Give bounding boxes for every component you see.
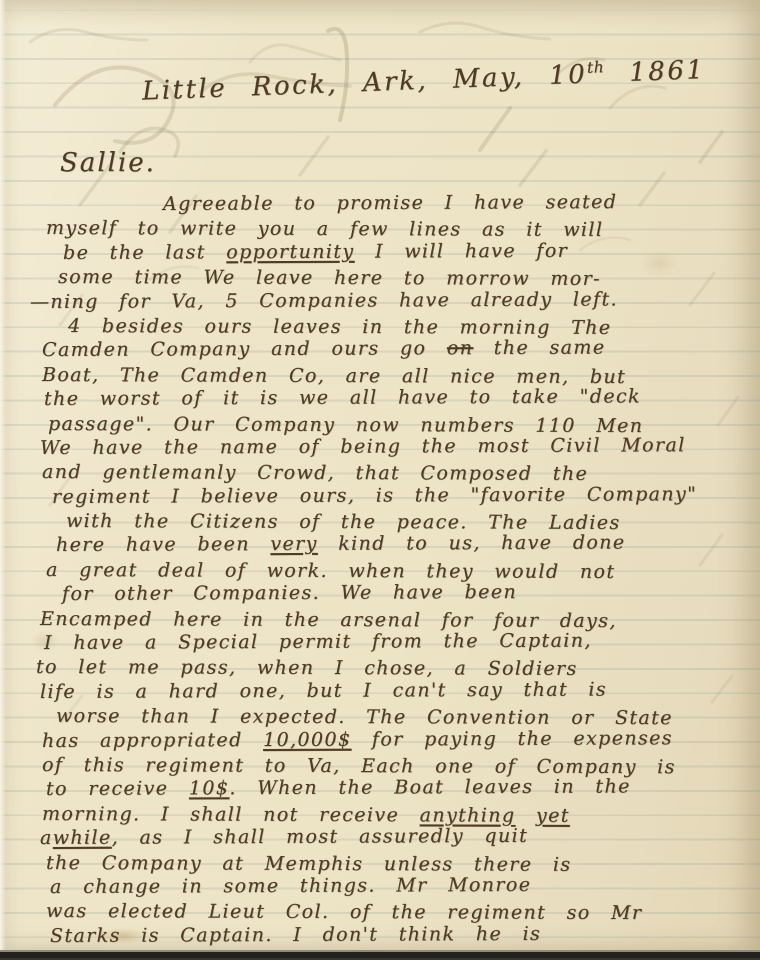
text-segment: the same: [473, 337, 605, 360]
text-segment: 1861: [604, 55, 706, 89]
manuscript-line: awhile, as I shall most assuredly quit: [40, 823, 744, 850]
manuscript-line: has appropriated 10,000$ for paying the …: [42, 726, 744, 753]
text-segment: I will have for: [354, 240, 568, 263]
manuscript-line: Starks is Captain. I don't think he is: [50, 921, 744, 948]
text-segment: to let me pass, when I chose, a Soldiers: [36, 656, 578, 680]
manuscript-line: —ning for Va, 5 Companies have already l…: [30, 286, 744, 314]
letter-scan-page: Little Rock, Ark, May, 10th 1861 Sallie.…: [0, 0, 760, 960]
manuscript-line: the worst of it is we all have to take "…: [44, 384, 744, 411]
manuscript-line: for other Companies. We have been: [62, 579, 744, 606]
text-segment: I have a Special permit from the Captain…: [44, 630, 592, 654]
paper: Little Rock, Ark, May, 10th 1861 Sallie.…: [0, 0, 760, 950]
manuscript-line: life is a hard one, but I can't say that…: [40, 677, 744, 704]
text-segment: while: [53, 827, 112, 849]
text-segment: was elected Lieut Col. of the regiment s…: [46, 900, 642, 924]
text-segment: opportunity: [226, 241, 354, 264]
manuscript-line: a change in some things. Mr Monroe: [50, 872, 744, 899]
text-segment: Little Rock, Ark, May, 10: [141, 60, 587, 107]
text-segment: regiment I believe ours, is the "favorit…: [52, 483, 697, 508]
text-segment: Starks is Captain. I don't think he is: [50, 923, 541, 947]
text-segment: , as I shall most assuredly quit: [112, 825, 529, 849]
text-segment: some time We leave here to morrow mor-: [58, 266, 601, 290]
dateline: Little Rock, Ark, May, 10th 1861: [141, 54, 705, 106]
text-segment: be the last: [63, 241, 226, 264]
manuscript-line: be the last opportunity I will have for: [63, 238, 744, 265]
manuscript-line: Camden Company and ours go on the same: [42, 335, 744, 362]
manuscript-line: here have been very kind to us, have don…: [56, 530, 744, 557]
text-segment: a: [40, 827, 53, 849]
manuscript-line: I have a Special permit from the Captain…: [44, 628, 744, 655]
text-segment: very: [270, 533, 318, 555]
text-segment: has appropriated: [42, 729, 263, 752]
text-segment: for paying the expenses: [351, 727, 673, 750]
manuscript-line: to receive 10$. When the Boat leaves in …: [46, 774, 744, 801]
text-segment: myself to write you a few lines as it wi…: [46, 217, 603, 241]
text-segment: th: [587, 58, 605, 77]
text-segment: to receive: [46, 778, 189, 801]
manuscript-line: regiment I believe ours, is the "favorit…: [52, 482, 744, 509]
text-segment: life is a hard one, but I can't say that…: [40, 678, 607, 702]
manuscript-line: Agreeable to promise I have seated: [163, 189, 744, 216]
text-segment: the worst of it is we all have to take "…: [44, 386, 641, 411]
text-segment: kind to us, have done: [318, 532, 626, 555]
text-segment: and gentlemanly Crowd, that Composed the: [42, 461, 588, 485]
text-segment: morning. I shall not receive: [42, 803, 420, 826]
text-segment: 10$: [189, 778, 230, 800]
text-segment: 10,000$: [263, 728, 351, 750]
text-segment: on: [447, 337, 474, 359]
text-segment: here have been: [56, 534, 270, 557]
text-segment: Camden Company and ours go: [42, 338, 447, 362]
text-segment: Agreeable to promise I have seated: [163, 191, 617, 215]
text-segment: the Company at Memphis unless there is: [46, 852, 572, 876]
letter-body: Agreeable to promise I have seatedmyself…: [28, 192, 744, 948]
manuscript-line: We have the name of being the most Civil…: [40, 433, 744, 460]
text-segment: a change in some things. Mr Monroe: [50, 874, 531, 898]
paper-edge-left: [0, 0, 6, 950]
scan-edge-bottom: [0, 950, 760, 960]
text-segment: —ning for Va, 5 Companies have already l…: [30, 288, 618, 313]
greeting: Sallie.: [60, 148, 156, 178]
text-segment: We have the name of being the most Civil…: [40, 434, 686, 459]
text-segment: for other Companies. We have been: [62, 581, 517, 605]
text-segment: . When the Boat leaves in the: [229, 776, 631, 800]
